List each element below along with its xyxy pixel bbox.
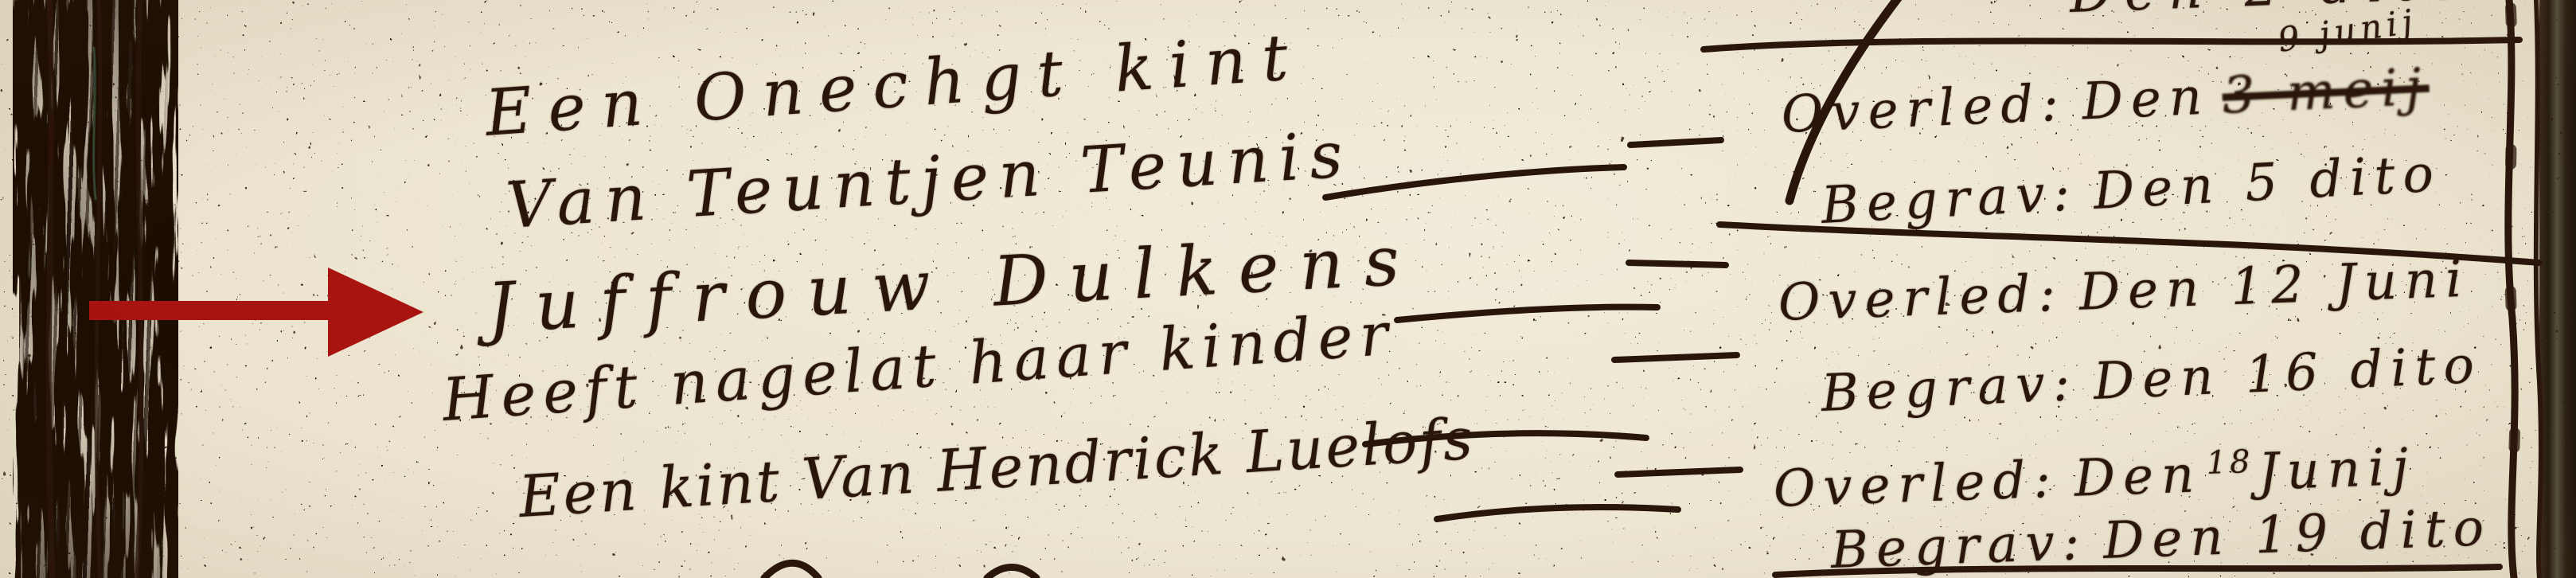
overled-label-2: Overled: xyxy=(1778,264,2064,333)
document-scan: Een Onechgt kint Van Teuntjen Teunis Juf… xyxy=(0,0,2576,578)
overled-label-3: Overled: xyxy=(1773,451,2059,519)
overled-row-1: Overled:Den3 meij xyxy=(1780,58,2430,145)
begrav-label-2: Begrav: xyxy=(1820,353,2078,424)
overled-date-1: Den xyxy=(2081,68,2211,132)
right-column-border-blotches xyxy=(2510,8,2516,573)
partial-bottom-stroke-1 xyxy=(764,563,818,578)
trailing-dash-1 xyxy=(1325,167,1624,197)
overled-month-3: Junij xyxy=(2258,438,2418,502)
overled-date-2: Den 12 Juni xyxy=(2078,250,2470,322)
margin-dash-2 xyxy=(1629,263,1726,265)
right-column-border-line-1 xyxy=(2508,0,2515,578)
superscript-day-18: 18 xyxy=(2206,443,2254,482)
margin-dash-4 xyxy=(1618,470,1740,475)
margin-dash-3 xyxy=(1614,355,1737,360)
overled-row-2: Overled:Den 12 Juni xyxy=(1778,250,2471,333)
overled-date-3: Den xyxy=(2073,445,2203,509)
begrav-label-3: Begrav: xyxy=(1830,513,2089,578)
page-edge-band xyxy=(2539,0,2576,578)
book-binding-gutter xyxy=(19,0,175,578)
overled-label-1: Overled: xyxy=(1780,73,2067,145)
struck-out-date: 3 meij xyxy=(2221,58,2430,126)
partial-bottom-stroke-2 xyxy=(987,567,1036,578)
trailing-dash-4 xyxy=(1437,507,1678,519)
trailing-dash-2 xyxy=(1397,307,1657,320)
begrav-row-2: Begrav:Den 16 dito xyxy=(1820,336,2483,424)
begrav-date-2: Den 16 dito xyxy=(2092,336,2483,412)
begrav-date-3: Den 19 dito xyxy=(2102,498,2493,571)
begrav-date-1: Den 5 dito xyxy=(2092,144,2443,221)
page-left-margin xyxy=(0,0,21,578)
begrav-label-1: Begrav: xyxy=(1820,163,2079,236)
register-line-5: Een kint Van Hendrick Luelofs xyxy=(517,405,1477,530)
margin-dash-1 xyxy=(1630,140,1721,145)
begrav-row-1: Begrav:Den 5 dito xyxy=(1820,144,2443,236)
